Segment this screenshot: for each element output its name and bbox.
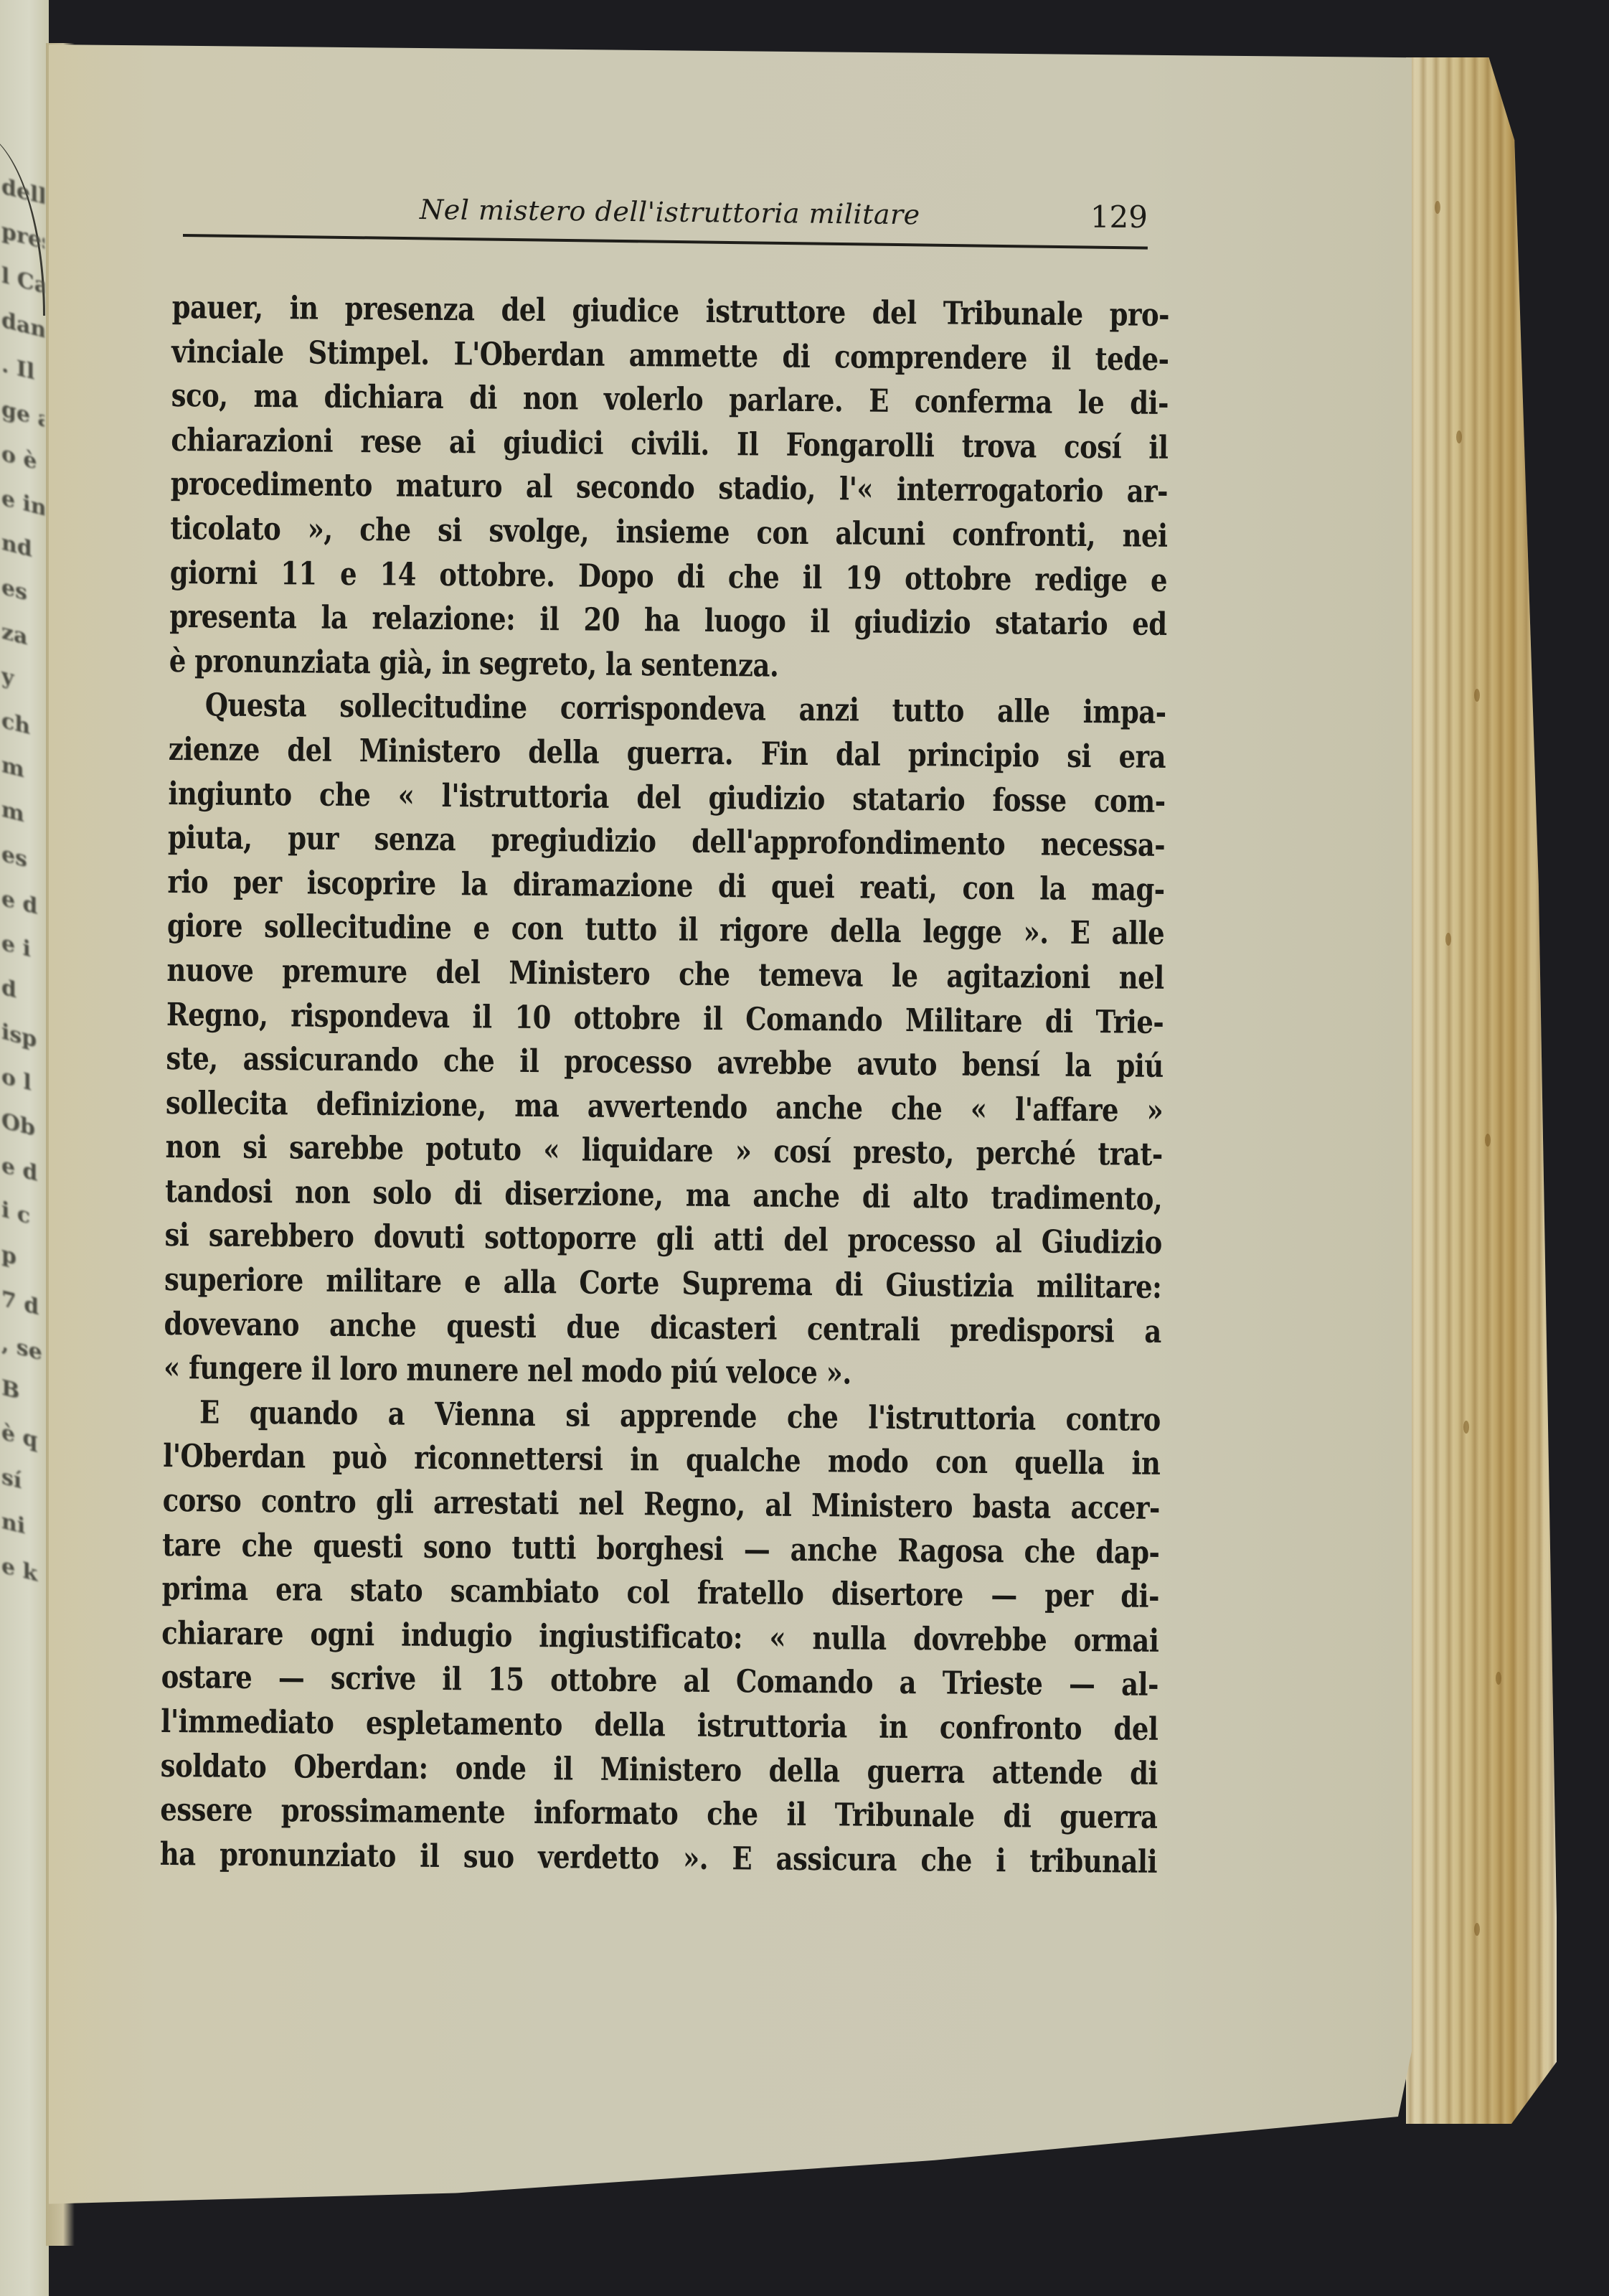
foxing-spot (1435, 201, 1440, 214)
text-line: è pronunziata già, in segreto, la senten… (169, 639, 1167, 692)
previous-page-fragment: za (1, 619, 44, 655)
text-line: giorni 11 e 14 ottobre. Dopo di che il 1… (170, 551, 1168, 603)
text-line: pauer, in presenza del giudice istruttor… (172, 286, 1170, 338)
text-line: E quando a Vienna si apprende che l'istr… (163, 1391, 1161, 1443)
text-line: si sarebbero dovuti sottoporre gli atti … (164, 1213, 1162, 1266)
text-line: ingiunto che « l'istruttoria del giudizi… (168, 772, 1166, 824)
text-line: prima era stato scambiato col fratello d… (161, 1567, 1159, 1619)
text-line: dovevano anche questi due dicasteri cent… (164, 1302, 1161, 1355)
previous-page-fragment: es (1, 575, 44, 611)
previous-page-fragment: y (1, 664, 44, 700)
foxing-spot (1463, 1421, 1469, 1434)
previous-page-edge: dellpresl Cadan. Ilge ao èe inndeszaychm… (0, 0, 49, 2296)
previous-page-fragment: p (1, 1242, 44, 1278)
previous-page-fragment: m (1, 797, 44, 833)
text-line: Questa sollecitudine corrispondeva anzi … (169, 683, 1166, 735)
page-fore-edge (1406, 57, 1557, 2124)
text-line: procedimento maturo al secondo stadio, l… (171, 462, 1169, 514)
text-line: piuta, pur senza pregiudizio dell'approf… (168, 816, 1166, 868)
previous-page-fragment: d (1, 975, 44, 1011)
text-line: superiore militare e alla Corte Suprema … (164, 1258, 1162, 1310)
text-line: « fungere il loro munere nel modo piú ve… (164, 1346, 1161, 1398)
text-line: tandosi non solo di diserzione, ma anche… (165, 1170, 1163, 1222)
previous-page-fragment: e in (1, 486, 44, 522)
text-line: Regno, rispondeva il 10 ottobre il Coman… (166, 992, 1164, 1045)
previous-page-fragment: ni (1, 1509, 44, 1545)
foxing-spot (1445, 933, 1451, 946)
previous-page-fragment: . Il (1, 352, 44, 388)
text-line: rio per iscoprire la diramazione di quei… (167, 860, 1165, 913)
foxing-spot (1496, 1672, 1501, 1685)
previous-page-fragment: è q (1, 1420, 44, 1456)
body-text: pauer, in presenza del giudice istruttor… (160, 286, 1169, 1884)
running-title: Nel mistero dell'istruttoria militare (420, 194, 920, 230)
previous-page-fragment: es (1, 842, 44, 878)
previous-page-fragment: e d (1, 1153, 44, 1189)
text-line: zienze del Ministero della guerra. Fin d… (169, 728, 1166, 780)
previous-page-fragment: B (1, 1375, 44, 1411)
text-line: vinciale Stimpel. L'Oberdan ammette di c… (171, 330, 1169, 382)
text-line: essere prossimamente informato che il Tr… (160, 1788, 1158, 1840)
page-number: 129 (1090, 199, 1148, 235)
foxing-spot (1456, 430, 1462, 443)
text-line: non si sarebbe potuto « liquidare » cosí… (165, 1125, 1163, 1177)
text-line: nuove premure del Ministero che temeva l… (166, 949, 1164, 1001)
text-line: soldato Oberdan: onde il Ministero della… (161, 1744, 1159, 1797)
previous-page-fragment: o l (1, 1064, 44, 1100)
text-line: sco, ma dichiara di non volerlo parlare.… (171, 374, 1169, 426)
previous-page-fragment: 7 d (1, 1286, 44, 1322)
previous-page-fragment: o è (1, 441, 44, 477)
previous-page-fragment: ch (1, 708, 44, 744)
previous-page-fragment: sí (1, 1464, 44, 1500)
text-line: sollecita definizione, ma avvertendo anc… (166, 1081, 1164, 1134)
text-line: ticolato », che si svolge, insieme con a… (170, 507, 1168, 559)
text-line: ostare — scrive il 15 ottobre al Comando… (161, 1655, 1159, 1708)
previous-page-fragment: , se (1, 1331, 44, 1367)
previous-page-fragment: e d (1, 886, 44, 922)
text-line: chiarazioni rese ai giudici civili. Il F… (171, 418, 1169, 471)
text-line: tare che questi sono tutti borghesi — an… (162, 1523, 1160, 1576)
text-line: ste, assicurando che il processo avrebbe… (166, 1037, 1164, 1089)
previous-page-fragment: m (1, 753, 44, 789)
text-line: corso contro gli arrestati nel Regno, al… (162, 1479, 1160, 1531)
previous-page-fragment: e k (1, 1553, 44, 1589)
previous-page-fragment: isp (1, 1020, 44, 1055)
text-line: l'immediato espletamento della istruttor… (161, 1700, 1159, 1752)
foxing-spot (1485, 1134, 1491, 1147)
previous-page-fragment: nd (1, 530, 44, 566)
foxing-spot (1474, 1923, 1480, 1936)
previous-page-fragment: ge a (1, 397, 44, 433)
text-line: l'Oberdan può riconnettersi in qualche m… (163, 1434, 1161, 1487)
text-line: giore sollecitudine e con tutto il rigor… (167, 904, 1165, 956)
text-line: presenta la relazione: il 20 ha luogo il… (169, 595, 1167, 647)
text-line: chiarare ogni indugio ingiustificato: « … (161, 1612, 1159, 1664)
previous-page-fragment: Ob (1, 1109, 44, 1144)
previous-page-fragment: i c (1, 1198, 44, 1233)
foxing-spot (1474, 689, 1480, 702)
previous-page-fragment: e i (1, 931, 44, 966)
text-line: ha pronunziato il suo verdetto ». E assi… (160, 1832, 1158, 1885)
